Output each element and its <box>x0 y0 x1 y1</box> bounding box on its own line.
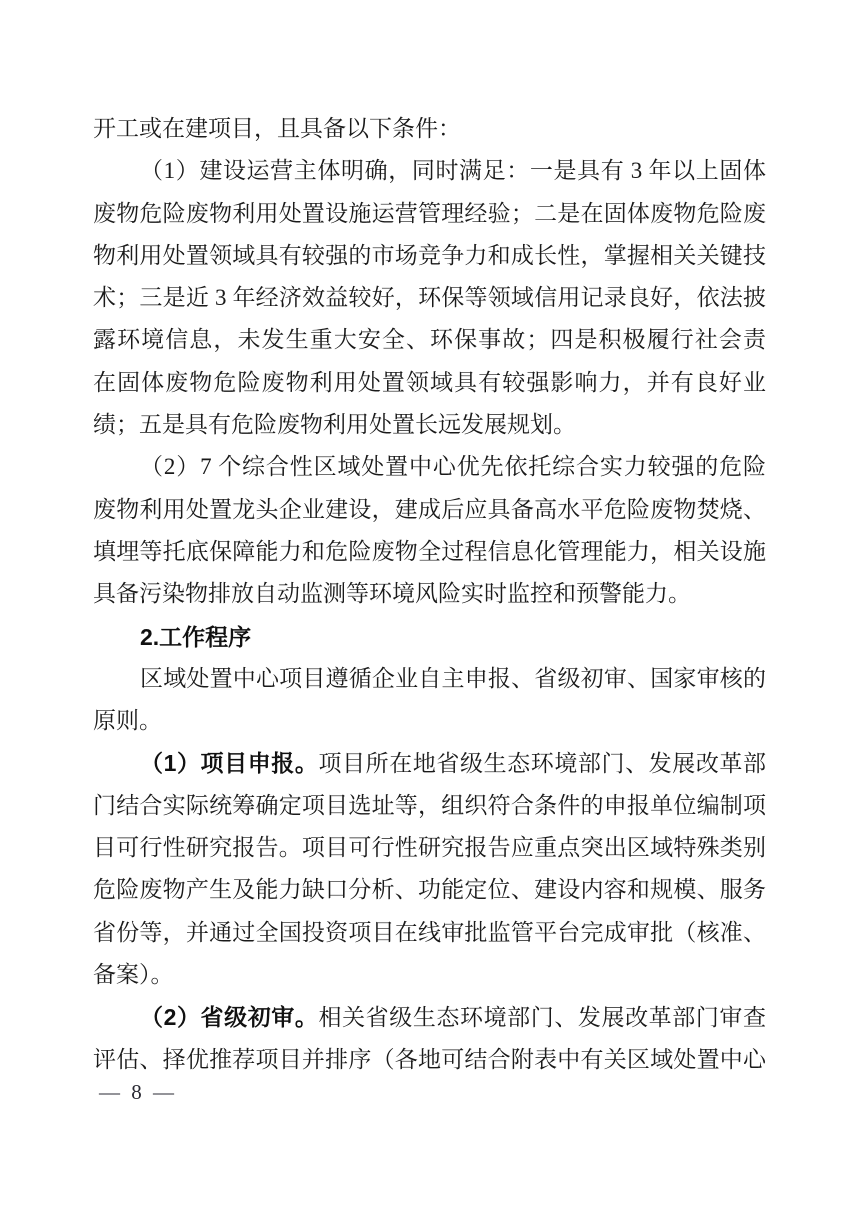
text-line: 废物利用处置龙头企业建设，建成后应具备高水平危险废物焚烧、 <box>93 489 766 531</box>
text-line: 危险废物产生及能力缺口分析、功能定位、建设内容和规模、服务 <box>93 869 766 911</box>
text-run: 区域处置中心项目遵循企业自主申报、省级初审、国家审核的 <box>140 666 766 691</box>
text-line: 露环境信息，未发生重大安全、环保事故；四是积极履行社会责任， <box>93 319 766 361</box>
text-run: 绩；五是具有危险废物利用处置长远发展规划。 <box>93 412 576 437</box>
text-run: 原则。 <box>93 708 162 733</box>
text-run: 露环境信息，未发生重大安全、环保事故；四是积极履行社会责任， <box>93 327 766 361</box>
text-line: 填埋等托底保障能力和危险废物全过程信息化管理能力，相关设施 <box>93 531 766 573</box>
document-page: 开工或在建项目，且具备以下条件：（1）建设运营主体明确，同时满足：一是具有 3 … <box>0 0 862 1213</box>
text-run: 物利用处置领域具有较强的市场竞争力和成长性，掌握相关关键技 <box>93 243 766 268</box>
text-run: （1）建设运营主体明确，同时满足：一是具有 3 年以上固体 <box>140 158 766 183</box>
text-run: 开工或在建项目，且具备以下条件： <box>93 116 461 141</box>
text-line: 在固体废物危险废物利用处置领域具有较强影响力，并有良好业 <box>93 362 766 404</box>
text-line: 开工或在建项目，且具备以下条件： <box>93 108 766 150</box>
text-line: 废物危险废物利用处置设施运营管理经验；二是在固体废物危险废 <box>93 193 766 235</box>
text-line: 原则。 <box>93 700 766 742</box>
text-run: 具备污染物排放自动监测等环境风险实时监控和预警能力。 <box>93 581 691 606</box>
text-line: 区域处置中心项目遵循企业自主申报、省级初审、国家审核的 <box>93 658 766 700</box>
text-run: 废物危险废物利用处置设施运营管理经验；二是在固体废物危险废 <box>93 201 766 226</box>
text-line: 绩；五是具有危险废物利用处置长远发展规划。 <box>93 404 766 446</box>
text-line: 目可行性研究报告。项目可行性研究报告应重点突出区域特殊类别 <box>93 827 766 869</box>
text-run: 门结合实际统筹确定项目选址等，组织符合条件的申报单位编制项 <box>93 793 766 818</box>
text-run: 在固体废物危险废物利用处置领域具有较强影响力，并有良好业 <box>93 370 766 395</box>
text-line: （2）7 个综合性区域处置中心优先依托综合实力较强的危险 <box>93 446 766 488</box>
text-line: 物利用处置领域具有较强的市场竞争力和成长性，掌握相关关键技 <box>93 235 766 277</box>
text-line: 评估、择优推荐项目并排序（各地可结合附表中有关区域处置中心 <box>93 1039 766 1081</box>
text-run: 评估、择优推荐项目并排序（各地可结合附表中有关区域处置中心 <box>93 1047 766 1072</box>
text-line: 术；三是近 3 年经济效益较好，环保等领域信用记录良好，依法披 <box>93 277 766 319</box>
bold-text-run: （1）项目申报。 <box>140 750 318 776</box>
text-run: 目可行性研究报告。项目可行性研究报告应重点突出区域特殊类别 <box>93 835 766 860</box>
text-line: （1）建设运营主体明确，同时满足：一是具有 3 年以上固体 <box>93 150 766 192</box>
bold-text-run: 2.工作程序 <box>140 624 251 650</box>
text-run: 相关省级生态环境部门、发展改革部门审查 <box>318 1005 766 1030</box>
bold-text-run: （2）省级初审。 <box>140 1004 318 1030</box>
document-body: 开工或在建项目，且具备以下条件：（1）建设运营主体明确，同时满足：一是具有 3 … <box>93 108 766 1081</box>
text-run: 废物利用处置龙头企业建设，建成后应具备高水平危险废物焚烧、 <box>93 497 766 522</box>
text-run: 术；三是近 3 年经济效益较好，环保等领域信用记录良好，依法披 <box>93 285 766 310</box>
page-number: — 8 — <box>99 1080 177 1104</box>
text-line: 省份等，并通过全国投资项目在线审批监管平台完成审批（核准、 <box>93 912 766 954</box>
text-run: 填埋等托底保障能力和危险废物全过程信息化管理能力，相关设施 <box>93 539 766 564</box>
text-run: 备案）。 <box>93 962 174 987</box>
section-heading-line: 2.工作程序 <box>93 616 766 658</box>
text-run: 危险废物产生及能力缺口分析、功能定位、建设内容和规模、服务 <box>93 877 766 902</box>
text-line: （1）项目申报。项目所在地省级生态环境部门、发展改革部 <box>93 742 766 784</box>
text-run: （2）7 个综合性区域处置中心优先依托综合实力较强的危险 <box>140 454 766 479</box>
text-line: 具备污染物排放自动监测等环境风险实时监控和预警能力。 <box>93 573 766 615</box>
text-run: 省份等，并通过全国投资项目在线审批监管平台完成审批（核准、 <box>93 920 766 945</box>
text-line: 备案）。 <box>93 954 766 996</box>
text-run: 项目所在地省级生态环境部门、发展改革部 <box>318 751 766 776</box>
text-line: （2）省级初审。相关省级生态环境部门、发展改革部门审查 <box>93 996 766 1038</box>
text-line: 门结合实际统筹确定项目选址等，组织符合条件的申报单位编制项 <box>93 785 766 827</box>
